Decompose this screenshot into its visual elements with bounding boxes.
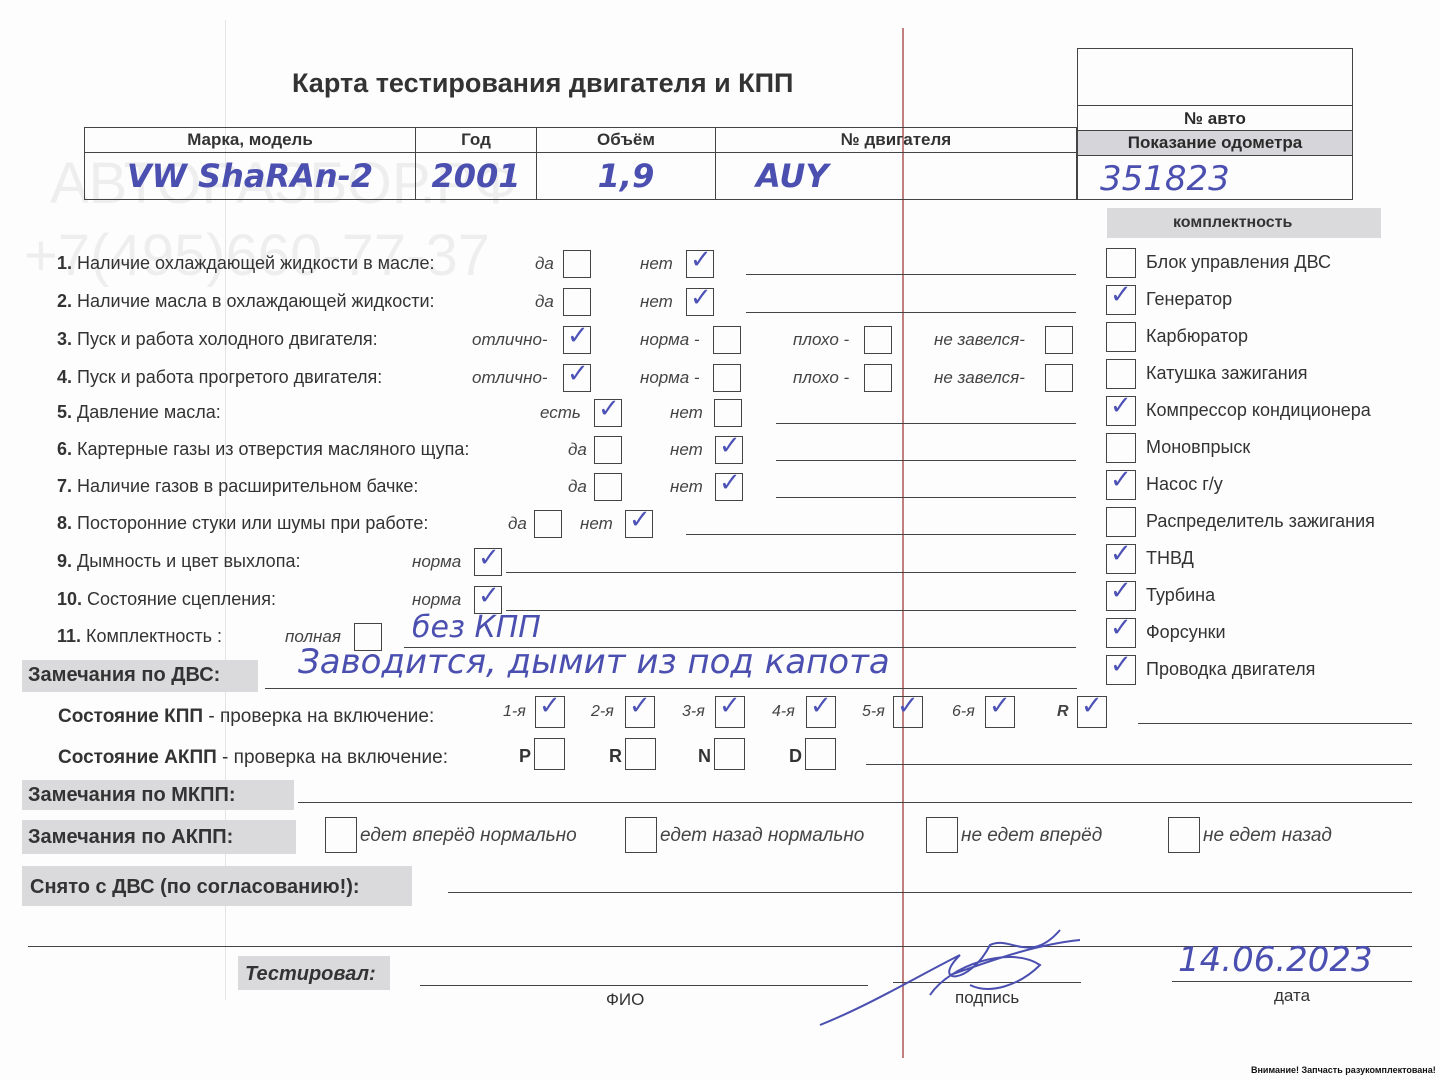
completeness-item-label: Компрессор кондиционера	[1146, 400, 1371, 421]
tested-by-label: Тестировал:	[245, 963, 376, 986]
check-item-5-note-line[interactable]	[776, 423, 1076, 424]
check-item-8-note-line[interactable]	[686, 534, 1076, 535]
completeness-checkbox[interactable]	[1106, 433, 1136, 463]
check-item-8-option-label: нет	[580, 514, 613, 534]
gear-checkbox[interactable]	[715, 696, 745, 728]
completeness-item-label: Проводка двигателя	[1146, 659, 1315, 680]
check-item-5-label: 5. Давление масла:	[57, 402, 221, 423]
auto-position-checkbox[interactable]	[534, 738, 565, 770]
completeness-item-label: Карбюратор	[1146, 326, 1248, 347]
completeness-item-label: ТНВД	[1146, 548, 1194, 569]
name-caption: ФИО	[606, 990, 644, 1010]
check-item-4-option-label: норма -	[640, 368, 700, 388]
gear-label: 6-я	[952, 703, 975, 721]
completeness-item-label: Насос г/у	[1146, 474, 1223, 495]
check-item-3-option-label: плохо -	[793, 330, 849, 350]
check-item-6-checkbox[interactable]	[594, 436, 622, 464]
check-item-5-checkbox[interactable]	[714, 399, 742, 427]
check-item-2-checkbox[interactable]	[686, 288, 714, 316]
col-engine-no: № двигателя	[716, 128, 1077, 153]
gear-label: R	[1057, 703, 1069, 721]
check-item-9-checkbox[interactable]	[474, 548, 502, 576]
completeness-checkbox[interactable]	[1106, 322, 1136, 352]
auto-no-field[interactable]	[1078, 49, 1352, 106]
check-item-3-checkbox[interactable]	[1045, 326, 1073, 354]
auto-info-box: № авто Показание одометра 351823	[1077, 48, 1353, 200]
auto-gearbox-label: Состояние АКПП - проверка на включение:	[58, 747, 448, 769]
akpp-remark-checkbox[interactable]	[1168, 817, 1200, 853]
check-item-3-option-label: норма -	[640, 330, 700, 350]
mkpp-remarks-field[interactable]	[298, 802, 1412, 803]
check-item-3-checkbox[interactable]	[713, 326, 741, 354]
date-caption: дата	[1274, 986, 1310, 1006]
auto-position-checkbox[interactable]	[625, 738, 656, 770]
completeness-item-label: Генератор	[1146, 289, 1232, 310]
check-item-6-option-label: да	[568, 440, 587, 460]
check-item-6-label: 6. Картерные газы из отверстия масляного…	[57, 439, 469, 460]
year-value[interactable]: 2001	[416, 153, 537, 200]
engine-remarks-value[interactable]: Заводится, дымит из под капота	[298, 642, 890, 682]
akpp-remark-label: едет вперёд нормально	[360, 825, 577, 847]
gear-label: 3-я	[682, 703, 705, 721]
check-item-4-option-label: плохо -	[793, 368, 849, 388]
completeness-checkbox[interactable]	[1106, 544, 1136, 574]
check-item-8-checkbox[interactable]	[625, 510, 653, 538]
check-item-7-checkbox[interactable]	[594, 473, 622, 501]
check-item-4-checkbox[interactable]	[864, 364, 892, 392]
auto-position-checkbox[interactable]	[714, 738, 745, 770]
check-item-7-note-line[interactable]	[776, 497, 1076, 498]
check-item-1-checkbox[interactable]	[563, 250, 591, 278]
tester-name-field[interactable]	[420, 985, 868, 986]
completeness-item-label: Блок управления ДВС	[1146, 252, 1331, 273]
check-item-2-label: 2. Наличие масла в охлаждающей жидкости:	[57, 291, 435, 312]
check-item-5-checkbox[interactable]	[594, 399, 622, 427]
check-item-11-label: 11. Комплектность :	[57, 626, 222, 647]
check-item-1-note-line[interactable]	[746, 274, 1076, 275]
completeness-checkbox[interactable]	[1106, 248, 1136, 278]
page-title: Карта тестирования двигателя и КПП	[292, 68, 793, 99]
col-make-model: Марка, модель	[85, 128, 416, 153]
check-item-3-option-label: отлично-	[472, 330, 548, 350]
completeness-title: комплектность	[1173, 214, 1292, 232]
col-volume: Объём	[537, 128, 716, 153]
auto-gearbox-line	[866, 764, 1412, 765]
auto-position-label: N	[698, 746, 711, 767]
akpp-remark-checkbox[interactable]	[325, 817, 357, 853]
gear-checkbox[interactable]	[985, 696, 1015, 728]
check-item-7-option-label: да	[568, 477, 587, 497]
manual-gearbox-label: Состояние КПП - проверка на включение:	[58, 706, 434, 728]
akpp-remark-checkbox[interactable]	[625, 817, 657, 853]
check-item-4-option-label: отлично-	[472, 368, 548, 388]
odometer-field[interactable]: 351823	[1078, 156, 1352, 200]
akpp-remark-checkbox[interactable]	[926, 817, 958, 853]
check-item-6-option-label: нет	[670, 440, 703, 460]
gear-checkbox[interactable]	[806, 696, 836, 728]
check-item-10-option-label: норма	[412, 590, 461, 610]
col-year: Год	[416, 128, 537, 153]
completeness-item-label: Распределитель зажигания	[1146, 511, 1375, 532]
check-item-4-checkbox[interactable]	[1045, 364, 1073, 392]
auto-position-label: R	[609, 746, 622, 767]
mkpp-remarks-label: Замечания по МКПП:	[28, 784, 236, 807]
check-item-2-option-label: нет	[640, 292, 673, 312]
check-item-8-label: 8. Посторонние стуки или шумы при работе…	[57, 513, 428, 534]
completeness-checkbox[interactable]	[1106, 507, 1136, 537]
completeness-checkbox[interactable]	[1106, 359, 1136, 389]
check-item-3-checkbox[interactable]	[864, 326, 892, 354]
manual-gearbox-line	[1138, 723, 1412, 724]
auto-position-label: P	[519, 746, 531, 767]
completeness-checkbox[interactable]	[1106, 655, 1136, 685]
completeness-item-label: Турбина	[1146, 585, 1215, 606]
check-item-7-label: 7. Наличие газов в расширительном бачке:	[57, 476, 418, 497]
check-item-4-option-label: не завелся-	[934, 368, 1025, 388]
check-item-5-option-label: есть	[540, 403, 581, 423]
check-item-7-checkbox[interactable]	[715, 473, 743, 501]
make-model-value[interactable]: VW ShaRAn-2	[85, 153, 416, 200]
gear-checkbox[interactable]	[625, 696, 655, 728]
signature-scribble-icon	[810, 925, 1110, 1035]
completeness-checkbox[interactable]	[1106, 581, 1136, 611]
removed-field[interactable]	[448, 892, 1412, 893]
check-item-5-option-label: нет	[670, 403, 703, 423]
odometer-label: Показание одометра	[1078, 131, 1352, 156]
check-item-9-option-label: норма	[412, 552, 461, 572]
check-item-7-option-label: нет	[670, 477, 703, 497]
completeness-checkbox[interactable]	[1106, 285, 1136, 315]
vehicle-info-table: Марка, модель Год Объём № двигателя VW S…	[84, 127, 1077, 200]
gear-checkbox[interactable]	[893, 696, 923, 728]
check-item-3-checkbox[interactable]	[563, 326, 591, 354]
check-item-9-label: 9. Дымность и цвет выхлопа:	[57, 551, 300, 572]
check-item-2-option-label: да	[535, 292, 554, 312]
auto-no-label: № авто	[1078, 106, 1352, 131]
removed-label: Снято с ДВС (по согласованию!):	[30, 876, 360, 899]
auto-position-checkbox[interactable]	[805, 738, 836, 770]
check-item-1-checkbox[interactable]	[686, 250, 714, 278]
check-item-6-note-line[interactable]	[776, 460, 1076, 461]
check-item-10-note-line[interactable]	[506, 610, 1076, 611]
completeness-checkbox[interactable]	[1106, 470, 1136, 500]
auto-position-label: D	[789, 746, 802, 767]
date-value[interactable]: 14.06.2023	[1178, 940, 1373, 980]
engine-remarks-label: Замечания по ДВС:	[28, 664, 220, 687]
akpp-remark-label: не едет назад	[1203, 825, 1332, 847]
gear-label: 1-я	[503, 703, 526, 721]
check-item-1-option-label: нет	[640, 254, 673, 274]
completeness-item-label: Моновпрыск	[1146, 437, 1250, 458]
check-item-1-label: 1. Наличие охлаждающей жидкости в масле:	[57, 253, 435, 274]
volume-value[interactable]: 1,9	[537, 153, 716, 200]
check-item-3-option-label: не завелся-	[934, 330, 1025, 350]
gear-checkbox[interactable]	[1077, 696, 1107, 728]
completeness-item-label: Форсунки	[1146, 622, 1226, 643]
check-item-4-label: 4. Пуск и работа прогретого двигателя:	[57, 367, 382, 388]
gear-label: 5-я	[862, 703, 885, 721]
check-item-8-option-label: да	[508, 514, 527, 534]
check-item-10-label: 10. Состояние сцепления:	[57, 589, 276, 610]
date-field-line	[1172, 981, 1412, 982]
check-item-8-checkbox[interactable]	[534, 510, 562, 538]
check-item-4-checkbox[interactable]	[563, 364, 591, 392]
check-item-9-note-line[interactable]	[506, 572, 1076, 573]
akpp-remark-label: едет назад нормально	[660, 825, 864, 847]
gear-label: 4-я	[772, 703, 795, 721]
akpp-remark-label: не едет вперёд	[961, 825, 1102, 847]
check-item-6-checkbox[interactable]	[715, 436, 743, 464]
completeness-item-label: Катушка зажигания	[1146, 363, 1308, 384]
akpp-remarks-label: Замечания по АКПП:	[28, 826, 233, 849]
engine-remarks-line	[265, 688, 1077, 689]
check-item-2-note-line[interactable]	[746, 312, 1076, 313]
check-item-4-checkbox[interactable]	[713, 364, 741, 392]
check-item-2-checkbox[interactable]	[563, 288, 591, 316]
gear-checkbox[interactable]	[535, 696, 565, 728]
check-item-1-option-label: да	[535, 254, 554, 274]
completeness-checkbox[interactable]	[1106, 618, 1136, 648]
engine-no-value[interactable]: AUY	[716, 153, 1077, 200]
gear-label: 2-я	[591, 703, 614, 721]
check-item-11-note[interactable]: без КПП	[412, 610, 541, 645]
completeness-checkbox[interactable]	[1106, 396, 1136, 426]
odometer-value: 351823	[1100, 159, 1230, 199]
check-item-3-label: 3. Пуск и работа холодного двигателя:	[57, 329, 378, 350]
footer-warning: Внимание! Запчасть разукомплектована!	[1251, 1065, 1436, 1075]
